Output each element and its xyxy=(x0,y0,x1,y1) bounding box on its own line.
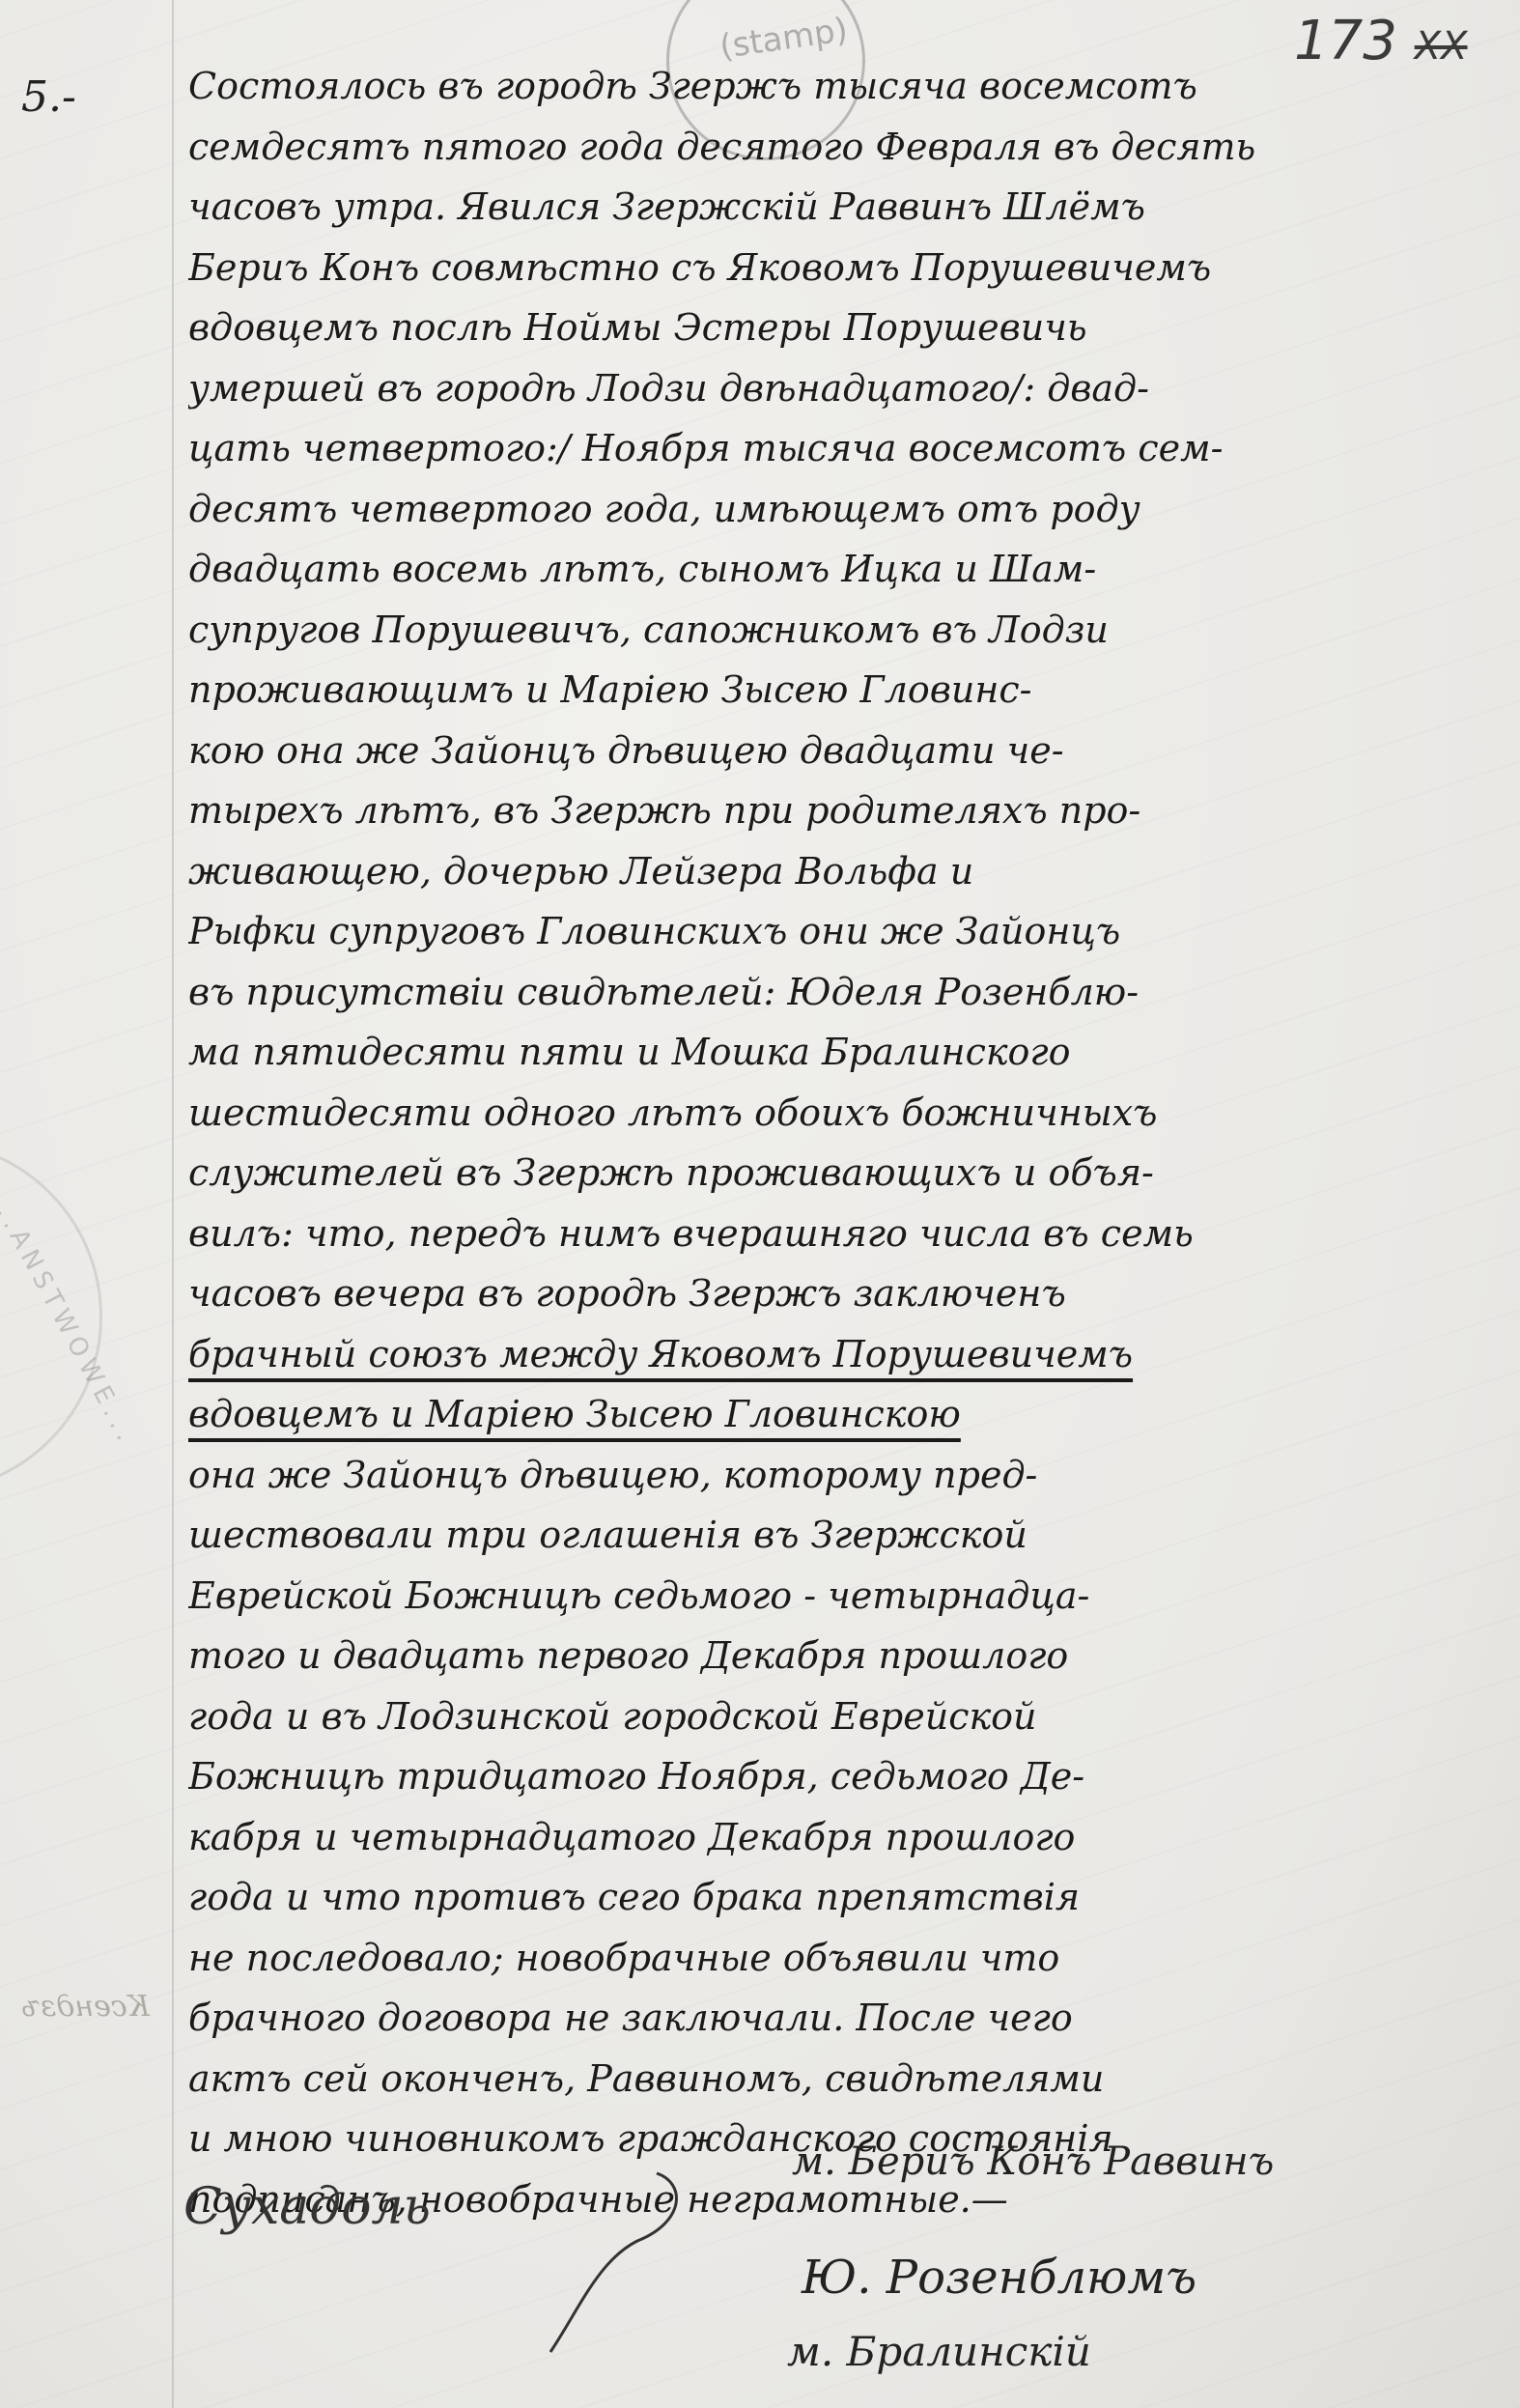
text-line: актъ сей оконченъ, Раввиномъ, свидѣтелям… xyxy=(188,2049,1482,2110)
text-line: шестидесяти одного лѣтъ обоихъ божничных… xyxy=(188,1083,1482,1144)
text-line: кою она же Зайонцъ дѣвицею двадцати че- xyxy=(188,721,1482,781)
signature-flourish-icon xyxy=(541,2164,715,2357)
text-line: умершей въ городѣ Лодзи двѣнадцатого/: д… xyxy=(188,358,1482,419)
text-line: не последовало; новобрачные объявили что xyxy=(188,1928,1482,1989)
text-line: часовъ вечера въ городѣ Згержъ заключенъ xyxy=(188,1263,1482,1324)
text-line: двадцать восемь лѣтъ, сыномъ Ицка и Шам- xyxy=(188,539,1482,600)
text-line: семдесятъ пятого года десятого Февраля в… xyxy=(188,117,1482,178)
text-line: года и что противъ сего брака препятстві… xyxy=(188,1867,1482,1928)
signature-witness-2: м. Бралинскій xyxy=(787,2328,1091,2375)
text-line: Рыфки супруговъ Гловинскихъ они же Зайон… xyxy=(188,901,1482,962)
text-line: живающею, дочерью Лейзера Вольфа и xyxy=(188,841,1482,902)
text-line: Состоялось въ городѣ Згержъ тысяча восем… xyxy=(188,56,1482,117)
text-line: Бериъ Конъ совмѣстно съ Яковомъ Порушеви… xyxy=(188,238,1482,298)
text-line: десятъ четвертого года, имѣющемъ отъ род… xyxy=(188,479,1482,540)
text-line: супругов Порушевичъ, сапожникомъ въ Лодз… xyxy=(188,600,1482,661)
text-line: часовъ утра. Явился Згержскій Раввинъ Шл… xyxy=(188,177,1482,238)
text-line: цать четвертого:/ Ноября тысяча восемсот… xyxy=(188,418,1482,479)
text-line: Еврейской Божницѣ седьмого - четырнадца- xyxy=(188,1566,1482,1627)
text-line: ма пятидесяти пяти и Мошка Бралинского xyxy=(188,1022,1482,1083)
text-line-underlined: вдовцемъ и Маріею Зысею Гловинскою xyxy=(188,1384,1482,1445)
signature-official: Сухадоль xyxy=(183,2178,431,2236)
text-line: она же Зайонцъ дѣвицею, которому пред- xyxy=(188,1445,1482,1506)
text-line: года и въ Лодзинской городской Еврейской xyxy=(188,1686,1482,1747)
text-line: кабря и четырнадцатого Декабря прошлого xyxy=(188,1807,1482,1868)
margin-rule xyxy=(172,0,174,2408)
record-body: Состоялось въ городѣ Згержъ тысяча восем… xyxy=(188,56,1482,2229)
text-line: того и двадцать первого Декабря прошлого xyxy=(188,1626,1482,1686)
text-line: проживающимъ и Маріею Зысею Гловинс- xyxy=(188,660,1482,721)
text-line: тырехъ лѣтъ, въ Згержѣ при родителяхъ пр… xyxy=(188,780,1482,841)
bleed-through-note: Ксендзъ xyxy=(21,1990,150,2024)
signature-rabbi: м. Бериъ Конъ Раввинъ xyxy=(792,2139,1274,2184)
text-line: шествовали три оглашенія въ Згержской xyxy=(188,1505,1482,1566)
signature-witness-1: Ю. Розенблюмъ xyxy=(802,2251,1196,2305)
text-line: Божницѣ тридцатого Ноября, седьмого Де- xyxy=(188,1746,1482,1807)
text-line: вдовцемъ послѣ Ноймы Эстеры Порушевичь xyxy=(188,297,1482,358)
entry-number: 5.- xyxy=(21,72,76,122)
text-line-underlined: брачный союзъ между Яковомъ Порушевичемъ xyxy=(188,1324,1482,1385)
text-line: брачного договора не заключали. После че… xyxy=(188,1988,1482,2049)
document-page: (stamp) ...ANSTWOWE... 173 XX 5.- Состоя… xyxy=(0,0,1520,2408)
text-line: служителей въ Згержѣ проживающихъ и объя… xyxy=(188,1143,1482,1204)
text-line: вилъ: что, передъ нимъ вчерашняго числа … xyxy=(188,1204,1482,1264)
text-line: въ присутствіи свидѣтелей: Юделя Розенбл… xyxy=(188,962,1482,1023)
